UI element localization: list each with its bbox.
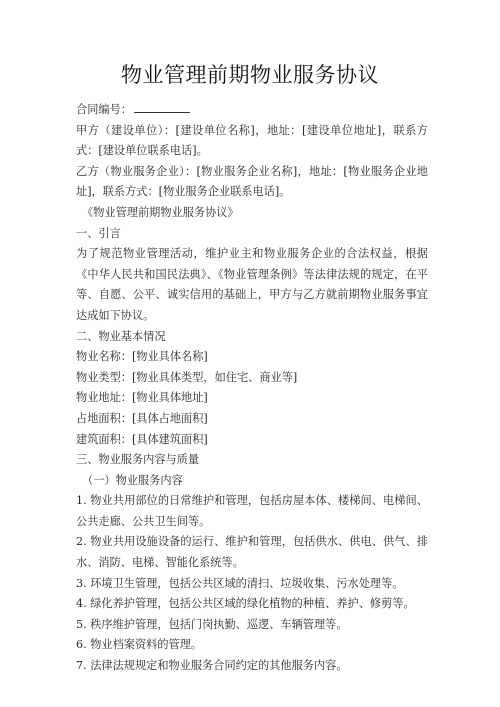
service-item-2: 2. 物业共用设施设备的运行、维护和管理，包括供水、供电、供气、排水、消防、电梯… [76, 532, 428, 573]
service-item-4: 4. 绿化养护管理，包括公共区域的绿化植物的种植、养护、修剪等。 [76, 594, 428, 615]
contract-number-line: 合同编号： [76, 100, 428, 121]
contract-number-blank [134, 102, 190, 113]
service-item-7: 7. 法律法规规定和物业服务合同约定的其他服务内容。 [76, 656, 428, 677]
basic-item-land-area: 占地面积：[具体占地面积] [76, 409, 428, 430]
section-intro-heading: 一、引言 [76, 224, 428, 245]
section-intro-text: 为了规范物业管理活动，维护业主和物业服务企业的合法权益，根据《中华人民共和国民法… [76, 244, 428, 326]
basic-item-address: 物业地址：[物业具体地址] [76, 388, 428, 409]
service-item-1: 1. 物业共用部位的日常维护和管理，包括房屋本体、楼梯间、电梯间、公共走廊、公共… [76, 491, 428, 532]
party-b-line: 乙方（物业服务企业）：[物业服务企业名称]，地址：[物业服务企业地址]，联系方式… [76, 162, 428, 203]
document-title: 物业管理前期物业服务协议 [0, 60, 500, 90]
service-item-6: 6. 物业档案资料的管理。 [76, 635, 428, 656]
section-service-subheading: （一）物业服务内容 [76, 471, 428, 492]
section-basic-heading: 二、物业基本情况 [76, 327, 428, 348]
basic-item-type: 物业类型：[物业具体类型，如住宅、商业等] [76, 368, 428, 389]
section-service-heading: 三、物业服务内容与质量 [76, 450, 428, 471]
document-page: 物业管理前期物业服务协议 合同编号： 甲方（建设单位）：[建设单位名称]，地址：… [0, 0, 500, 707]
agreement-subtitle: 《物业管理前期物业服务协议》 [76, 203, 428, 224]
contract-number-label: 合同编号： [76, 103, 132, 116]
basic-item-building-area: 建筑面积：[具体建筑面积] [76, 430, 428, 451]
service-item-5: 5. 秩序维护管理，包括门岗执勤、巡逻、车辆管理等。 [76, 615, 428, 636]
service-item-3: 3. 环境卫生管理，包括公共区域的清扫、垃圾收集、污水处理等。 [76, 574, 428, 595]
party-a-line: 甲方（建设单位）：[建设单位名称]，地址：[建设单位地址]，联系方式：[建设单位… [76, 121, 428, 162]
basic-item-name: 物业名称：[物业具体名称] [76, 347, 428, 368]
document-body: 合同编号： 甲方（建设单位）：[建设单位名称]，地址：[建设单位地址]，联系方式… [76, 100, 428, 677]
